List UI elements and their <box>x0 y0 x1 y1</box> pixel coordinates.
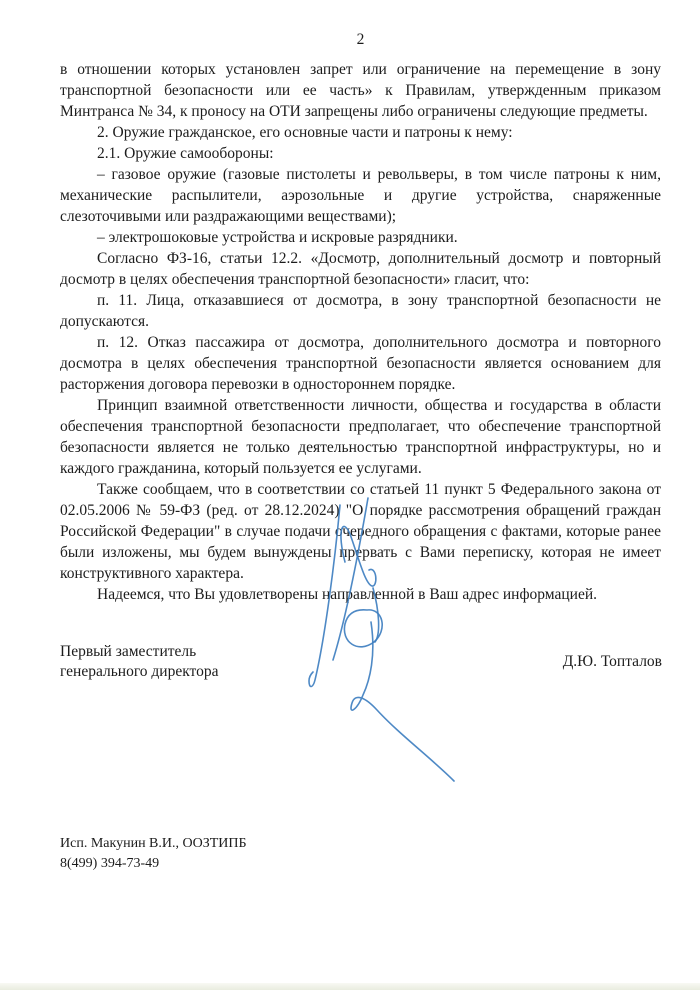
signer-title: Первый заместитель генерального директор… <box>60 642 219 682</box>
paragraph: в отношении которых установлен запрет ил… <box>60 59 661 122</box>
paragraph: п. 11. Лица, отказавшиеся от досмотра, в… <box>60 290 661 332</box>
paragraph: 2. Оружие гражданское, его основные част… <box>60 122 661 143</box>
paragraph: п. 12. Отказ пассажира от досмотра, допо… <box>60 332 661 395</box>
scan-edge-artifact <box>0 983 700 990</box>
signature-block: Первый заместитель генерального директор… <box>60 642 662 682</box>
paragraph: 2.1. Оружие самообороны: <box>60 143 661 164</box>
paragraph: – электрошоковые устройства и искровые р… <box>60 227 661 248</box>
paragraph: Согласно ФЗ-16, статьи 12.2. «Досмотр, д… <box>60 248 661 290</box>
scanned-letter-page: 2 в отношении которых установлен запрет … <box>0 0 700 990</box>
signer-name: Д.Ю. Топталов <box>563 652 662 672</box>
signer-title-line2: генерального директора <box>60 662 219 682</box>
executor-footer: Исп. Макунин В.И., ООЗТИПБ 8(499) 394-73… <box>60 834 247 874</box>
paragraph: – газовое оружие (газовые пистолеты и ре… <box>60 164 661 227</box>
signer-title-line1: Первый заместитель <box>60 642 219 662</box>
handwritten-signature <box>285 490 465 790</box>
paragraph: Принцип взаимной ответственности личност… <box>60 395 661 479</box>
executor-phone: 8(499) 394-73-49 <box>60 854 247 874</box>
page-number: 2 <box>60 31 661 49</box>
executor-line: Исп. Макунин В.И., ООЗТИПБ <box>60 834 247 854</box>
